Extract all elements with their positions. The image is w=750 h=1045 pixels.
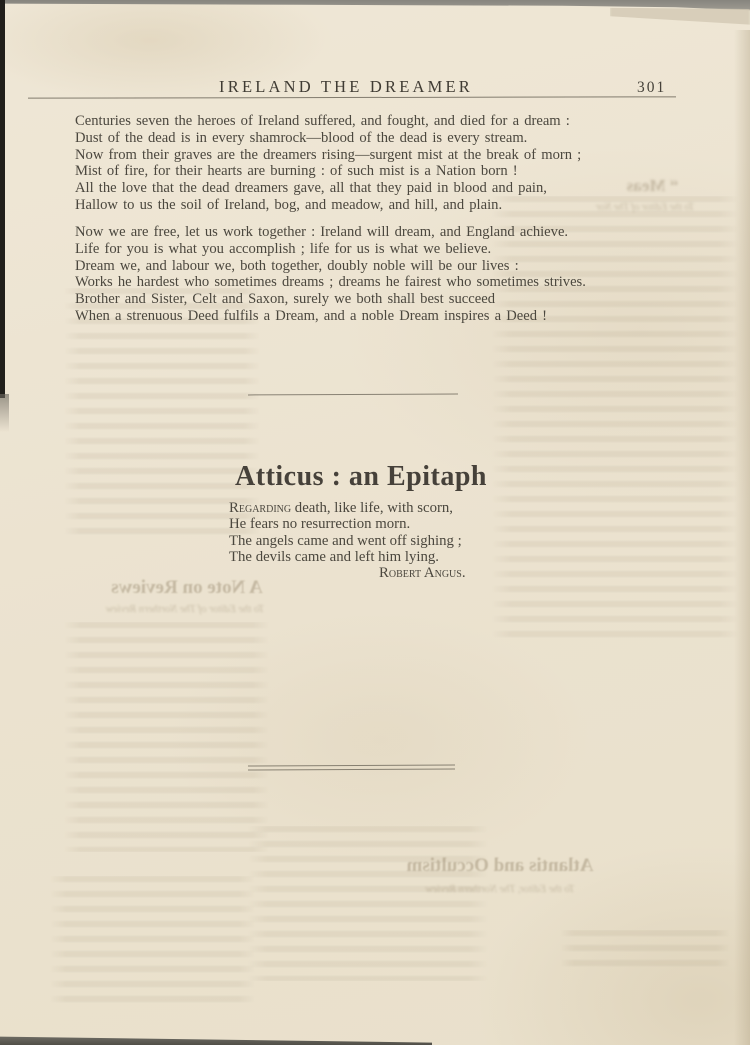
bleed-through-text-block [560,930,730,975]
poem-stanza-2: Now we are free, let us work together : … [75,224,586,325]
bleed-through-text-block [64,622,269,852]
scanned-page: “ Meas To the Editor of The Nor A Note o… [0,0,750,1045]
poem-line: Dream we, and labour we, both together, … [75,258,586,275]
poem-stanza-1: Centuries seven the heroes of Ireland su… [75,113,581,214]
poem-line: Works he hardest who sometimes dreams ; … [75,274,586,291]
bleed-through-text-block [50,876,255,1011]
poem-line: Life for you is what you accomplish ; li… [75,241,586,258]
poem-line: The angels came and went off sighing ; [229,533,466,549]
bleed-through-text-block [248,826,488,981]
poem-line: He fears no resurrection morn. [229,516,466,532]
poem-line: Dust of the dead is in every shamrock—bl… [75,130,581,147]
lead-word-smallcaps: Regarding [229,500,291,516]
bleed-subheading-atlantis: To the Editor, The Northern Review [395,884,605,895]
poem-line: The devils came and left him lying. [229,549,466,565]
epitaph-attribution: Robert Angus. [379,565,466,581]
poem-line: Now from their graves are the dreamers r… [75,147,581,164]
double-rule-divider [248,764,455,770]
scan-bottom-edge [0,1033,432,1045]
scan-left-smudge [0,394,9,432]
poem-line: Brother and Sister, Celt and Saxon, sure… [75,291,586,308]
header-rule [28,96,676,99]
poem-line-rest: death, like life, with scorn, [291,500,453,516]
scan-left-edge [0,0,5,398]
page-number: 301 [637,79,666,97]
poem-line: Mist of fire, for their hearts are burni… [75,163,581,180]
epitaph-poem: Regarding death, like life, with scorn, … [229,500,466,581]
poem-line: All the love that the dead dreamers gave… [75,180,581,197]
bleed-subheading-meas: To the Editor of The Nor [560,202,730,213]
section-divider [248,394,458,396]
running-title: IRELAND THE DREAMER [219,77,473,97]
bleed-heading-atlantis: Atlantis and Occultism [385,855,615,877]
poem-line: Now we are free, let us work together : … [75,224,586,241]
poem-line: Centuries seven the heroes of Ireland su… [75,113,581,130]
poem-line: When a strenuous Deed fulfils a Dream, a… [75,308,586,325]
bleed-heading-meas: “ Meas [595,176,710,196]
epitaph-title: Atticus : an Epitaph [235,461,487,493]
bleed-subheading-note-on-reviews: To the Editor of The Northern Review [70,604,300,615]
poem-line: Regarding death, like life, with scorn, [229,500,466,516]
poem-line: Hallow to us the soil of Ireland, bog, a… [75,197,581,214]
